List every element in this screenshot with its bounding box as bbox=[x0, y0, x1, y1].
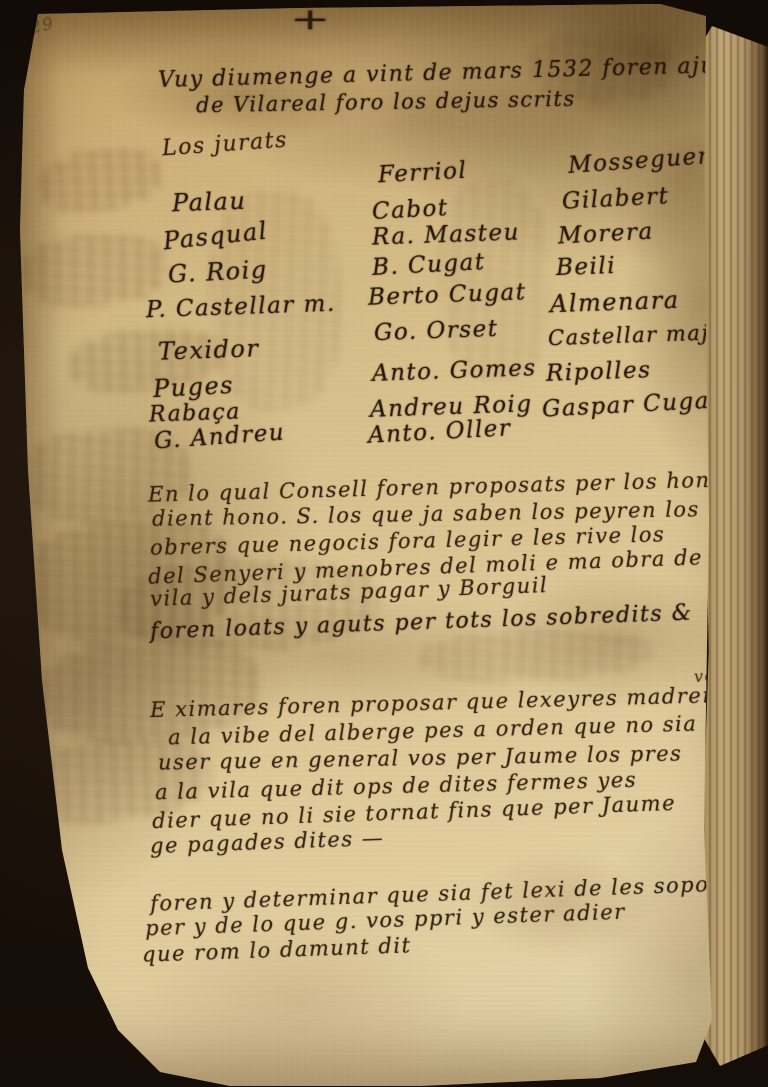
attendee-name: Morera bbox=[557, 219, 654, 250]
attendee-name: G. Roig bbox=[167, 255, 268, 288]
folio-number: 29 bbox=[28, 14, 56, 39]
attendee-name: Palau bbox=[172, 187, 247, 218]
attendee-name: Gilabert bbox=[561, 183, 670, 215]
manuscript-page: 29 + Vuy diumenge a vint de mars 1532 fo… bbox=[0, 0, 768, 1087]
attendees-label: Los jurats bbox=[161, 128, 288, 162]
photo-backdrop: 29 + Vuy diumenge a vint de mars 1532 fo… bbox=[0, 0, 768, 1087]
ink-bleed-smudge bbox=[36, 142, 163, 218]
attendee-name: Beili bbox=[556, 253, 617, 281]
attendee-name: Go. Orset bbox=[374, 316, 499, 346]
attendee-name: Ripolles bbox=[546, 357, 652, 387]
heading-line-1: Vuy diumenge a vint de mars 1532 foren a… bbox=[158, 52, 766, 93]
attendee-name: Almenara bbox=[550, 286, 680, 319]
attendee-name: Ra. Masteu bbox=[372, 219, 521, 250]
attendee-name: Texidor bbox=[158, 334, 260, 366]
attendee-name: Puges bbox=[152, 371, 234, 403]
attendee-name: Cabot bbox=[371, 195, 449, 225]
attendee-name: Gaspar Cugat bbox=[541, 387, 721, 422]
invocation-cross: + bbox=[290, 2, 333, 37]
ink-bleed-smudge bbox=[419, 626, 651, 684]
attendee-name: Mosseguer bbox=[567, 143, 711, 179]
heading-line-2: de Vilareal foro los dejus scrits bbox=[196, 87, 576, 118]
attendee-name: Berto Cugat bbox=[368, 279, 527, 311]
attendee-name: Anto. Gomes bbox=[372, 355, 537, 387]
attendee-name: Ferriol bbox=[377, 158, 468, 189]
